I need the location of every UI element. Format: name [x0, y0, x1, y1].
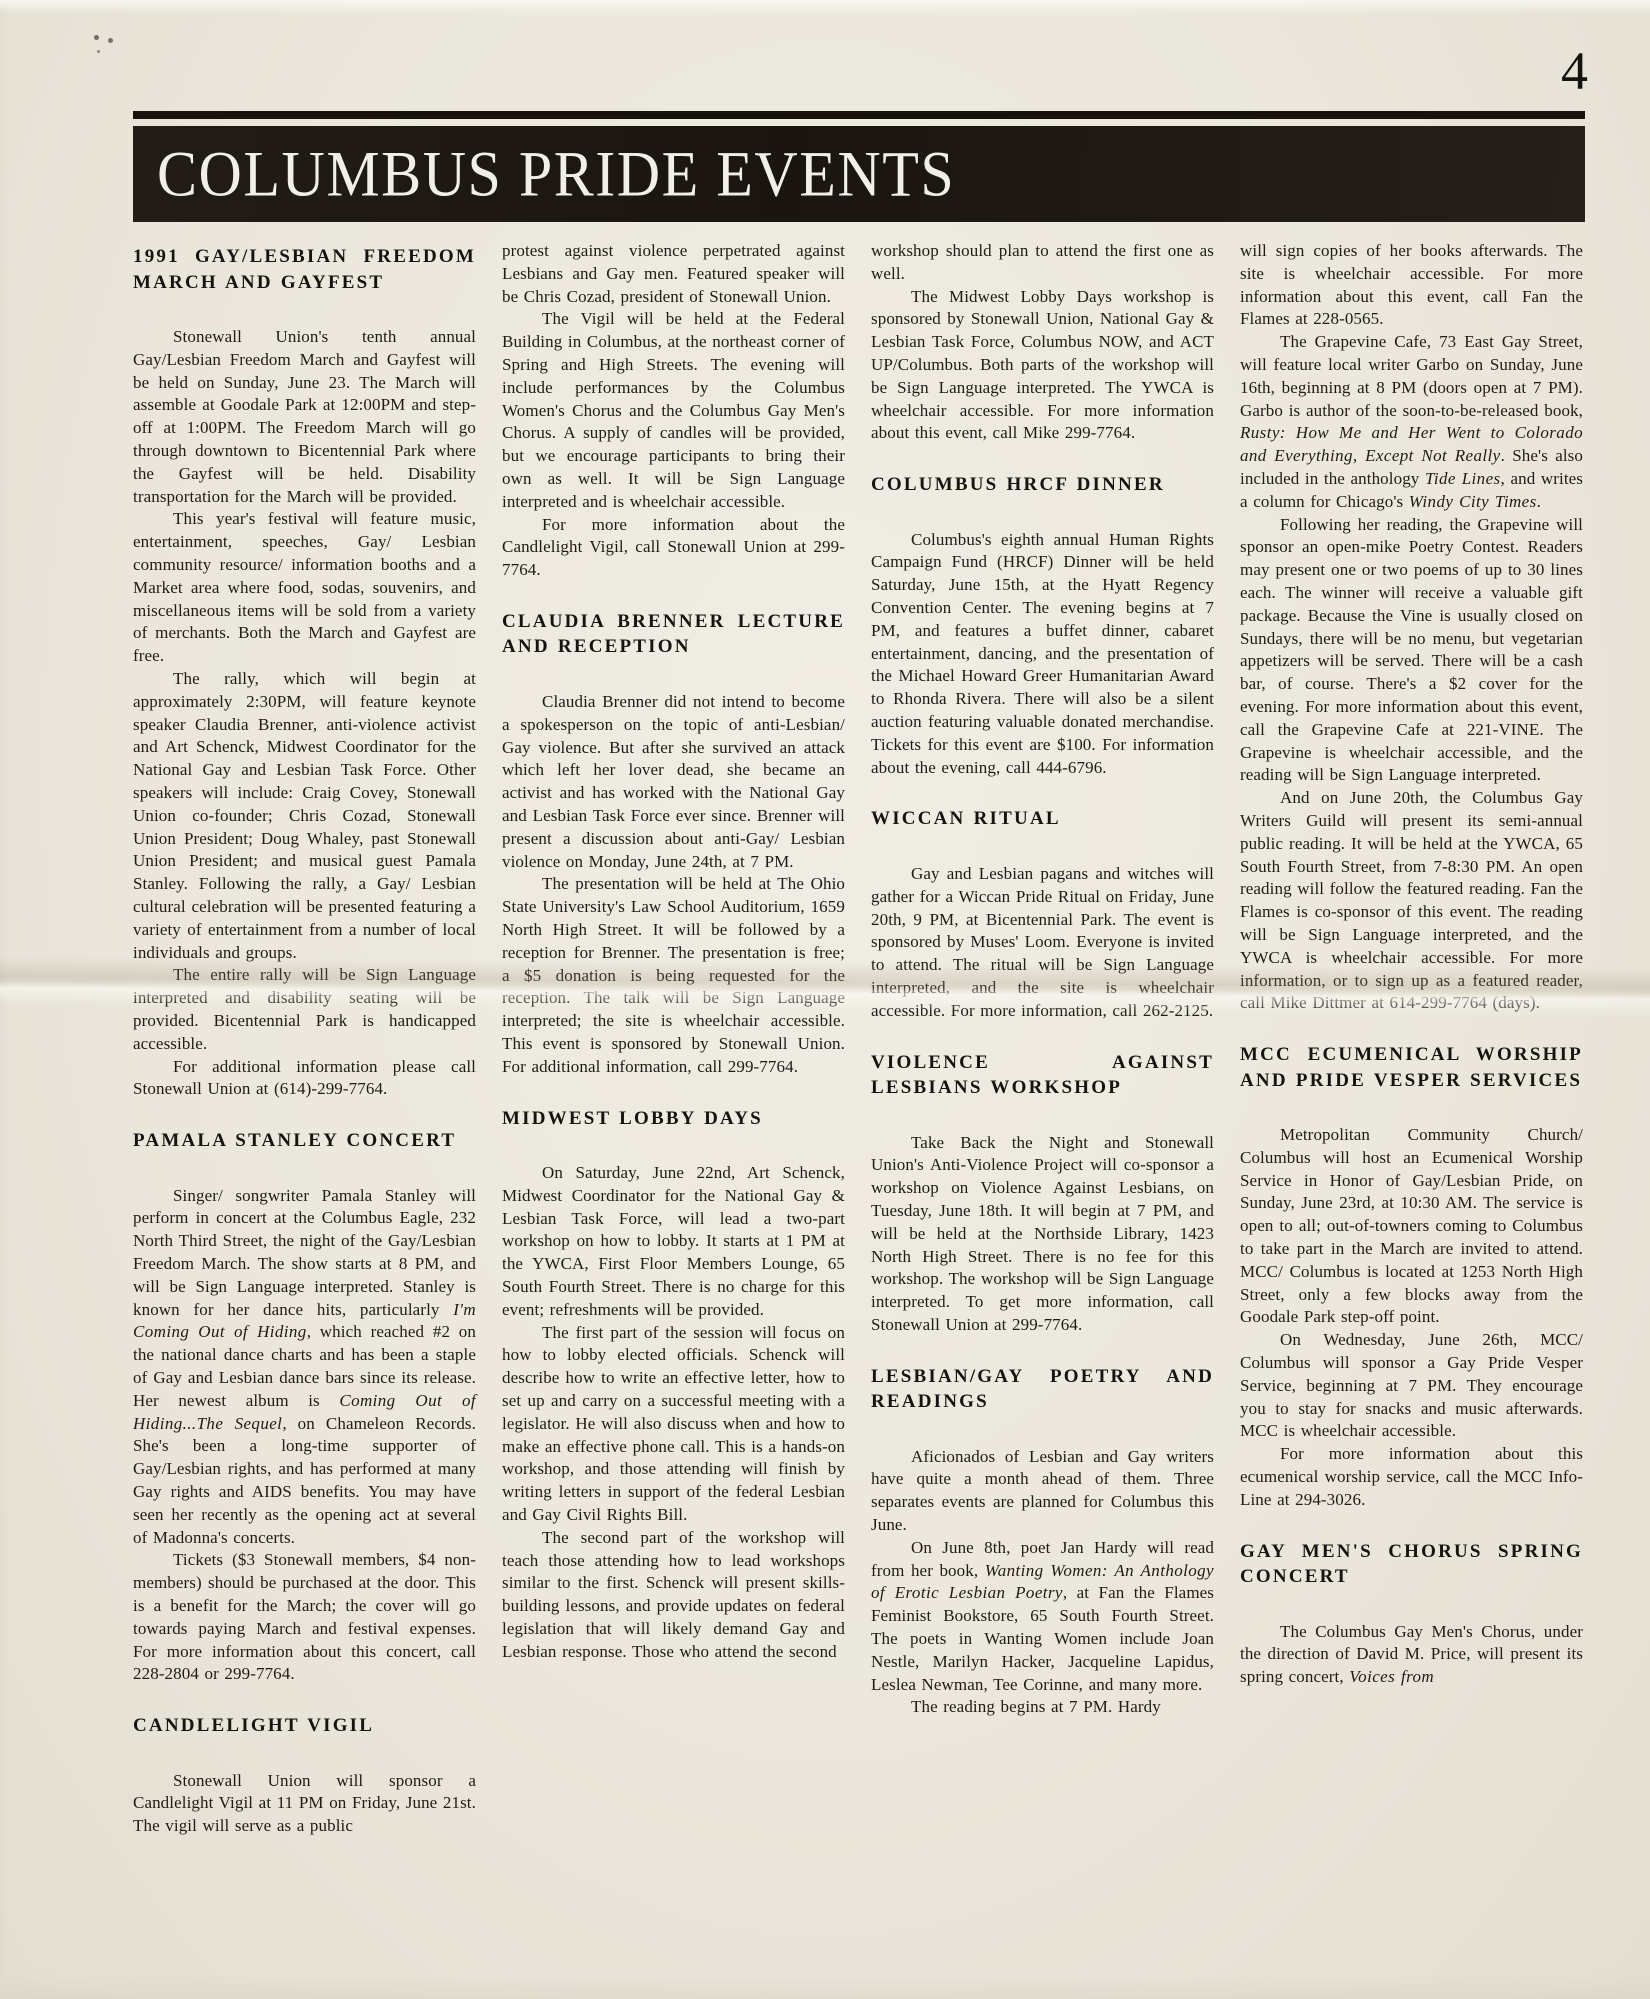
paragraph: Following her reading, the Grapevine wil…: [1240, 514, 1583, 788]
paragraph: protest against violence perpetrated aga…: [502, 240, 845, 308]
paragraph: Columbus's eighth annual Human Rights Ca…: [871, 529, 1214, 780]
news-column-3: workshop should plan to attend the first…: [871, 240, 1214, 1985]
ink-smudge: [94, 35, 99, 40]
masthead-rule: [133, 111, 1585, 119]
paragraph: The Vigil will be held at the Federal Bu…: [502, 308, 845, 513]
section-heading: MCC ECUMENICAL WORSHIP AND PRIDE VESPER …: [1240, 1042, 1583, 1093]
paragraph: workshop should plan to attend the first…: [871, 240, 1214, 286]
paragraph: Metropolitan Community Church/ Columbus …: [1240, 1124, 1583, 1329]
masthead-banner: COLUMBUS PRIDE EVENTS: [133, 126, 1585, 222]
paragraph: Claudia Brenner did not intend to become…: [502, 691, 845, 873]
paragraph: The first part of the session will focus…: [502, 1322, 845, 1527]
section-heading: GAY MEN'S CHORUS SPRING CONCERT: [1240, 1539, 1583, 1590]
banner-title: COLUMBUS PRIDE EVENTS: [133, 137, 955, 212]
paragraph: will sign copies of her books afterwards…: [1240, 240, 1583, 331]
section-heading: MIDWEST LOBBY DAYS: [502, 1106, 845, 1132]
section-heading: CLAUDIA BRENNER LECTURE AND RECEPTION: [502, 609, 845, 660]
paragraph: Stonewall Union will sponsor a Candlelig…: [133, 1770, 476, 1838]
paragraph: The Midwest Lobby Days workshop is spons…: [871, 286, 1214, 446]
section-heading: CANDLELIGHT VIGIL: [133, 1713, 476, 1739]
section-heading: COLUMBUS HRCF DINNER: [871, 472, 1214, 498]
paragraph: On Wednesday, June 26th, MCC/ Columbus w…: [1240, 1329, 1583, 1443]
section-heading: VIOLENCE AGAINST LESBIANS WORKSHOP: [871, 1050, 1214, 1101]
section-heading: WICCAN RITUAL: [871, 806, 1214, 832]
paragraph: The Columbus Gay Men's Chorus, under the…: [1240, 1621, 1583, 1689]
paragraph: On Saturday, June 22nd, Art Schenck, Mid…: [502, 1162, 845, 1322]
newspaper-page: 4 COLUMBUS PRIDE EVENTS 1991 GAY/LESBIAN…: [0, 0, 1650, 1999]
paragraph: For more information about this ecumenic…: [1240, 1443, 1583, 1511]
news-column-4: will sign copies of her books afterwards…: [1240, 240, 1583, 1985]
news-column-2: protest against violence perpetrated aga…: [502, 240, 845, 1985]
paragraph: For additional information please call S…: [133, 1056, 476, 1102]
paragraph: On June 8th, poet Jan Hardy will read fr…: [871, 1537, 1214, 1697]
article-columns: 1991 GAY/LESBIAN FREEDOM MARCH AND GAYFE…: [133, 240, 1585, 1985]
paragraph: Take Back the Night and Stonewall Union'…: [871, 1132, 1214, 1337]
paragraph: The reading begins at 7 PM. Hardy: [871, 1696, 1214, 1719]
news-column-1: 1991 GAY/LESBIAN FREEDOM MARCH AND GAYFE…: [133, 240, 476, 1985]
paragraph: The entire rally will be Sign Language i…: [133, 964, 476, 1055]
paragraph: The Grapevine Cafe, 73 East Gay Street, …: [1240, 331, 1583, 513]
section-heading: 1991 GAY/LESBIAN FREEDOM MARCH AND GAYFE…: [133, 244, 476, 295]
page-number: 4: [1561, 44, 1588, 98]
paragraph: Stonewall Union's tenth annual Gay/Lesbi…: [133, 326, 476, 508]
paragraph: The second part of the workshop will tea…: [502, 1527, 845, 1664]
paragraph: Gay and Lesbian pagans and witches will …: [871, 863, 1214, 1023]
paragraph: The presentation will be held at The Ohi…: [502, 873, 845, 1078]
section-heading: PAMALA STANLEY CONCERT: [133, 1128, 476, 1154]
paragraph: Tickets ($3 Stonewall members, $4 non-me…: [133, 1549, 476, 1686]
paragraph: The rally, which will begin at approxima…: [133, 668, 476, 964]
paragraph: And on June 20th, the Columbus Gay Write…: [1240, 787, 1583, 1015]
paragraph: Aficionados of Lesbian and Gay writers h…: [871, 1446, 1214, 1537]
section-heading: LESBIAN/GAY POETRY AND READINGS: [871, 1364, 1214, 1415]
paragraph: For more information about the Candlelig…: [502, 514, 845, 582]
paragraph: Singer/ songwriter Pamala Stanley will p…: [133, 1185, 476, 1550]
paragraph: This year's festival will feature music,…: [133, 508, 476, 668]
